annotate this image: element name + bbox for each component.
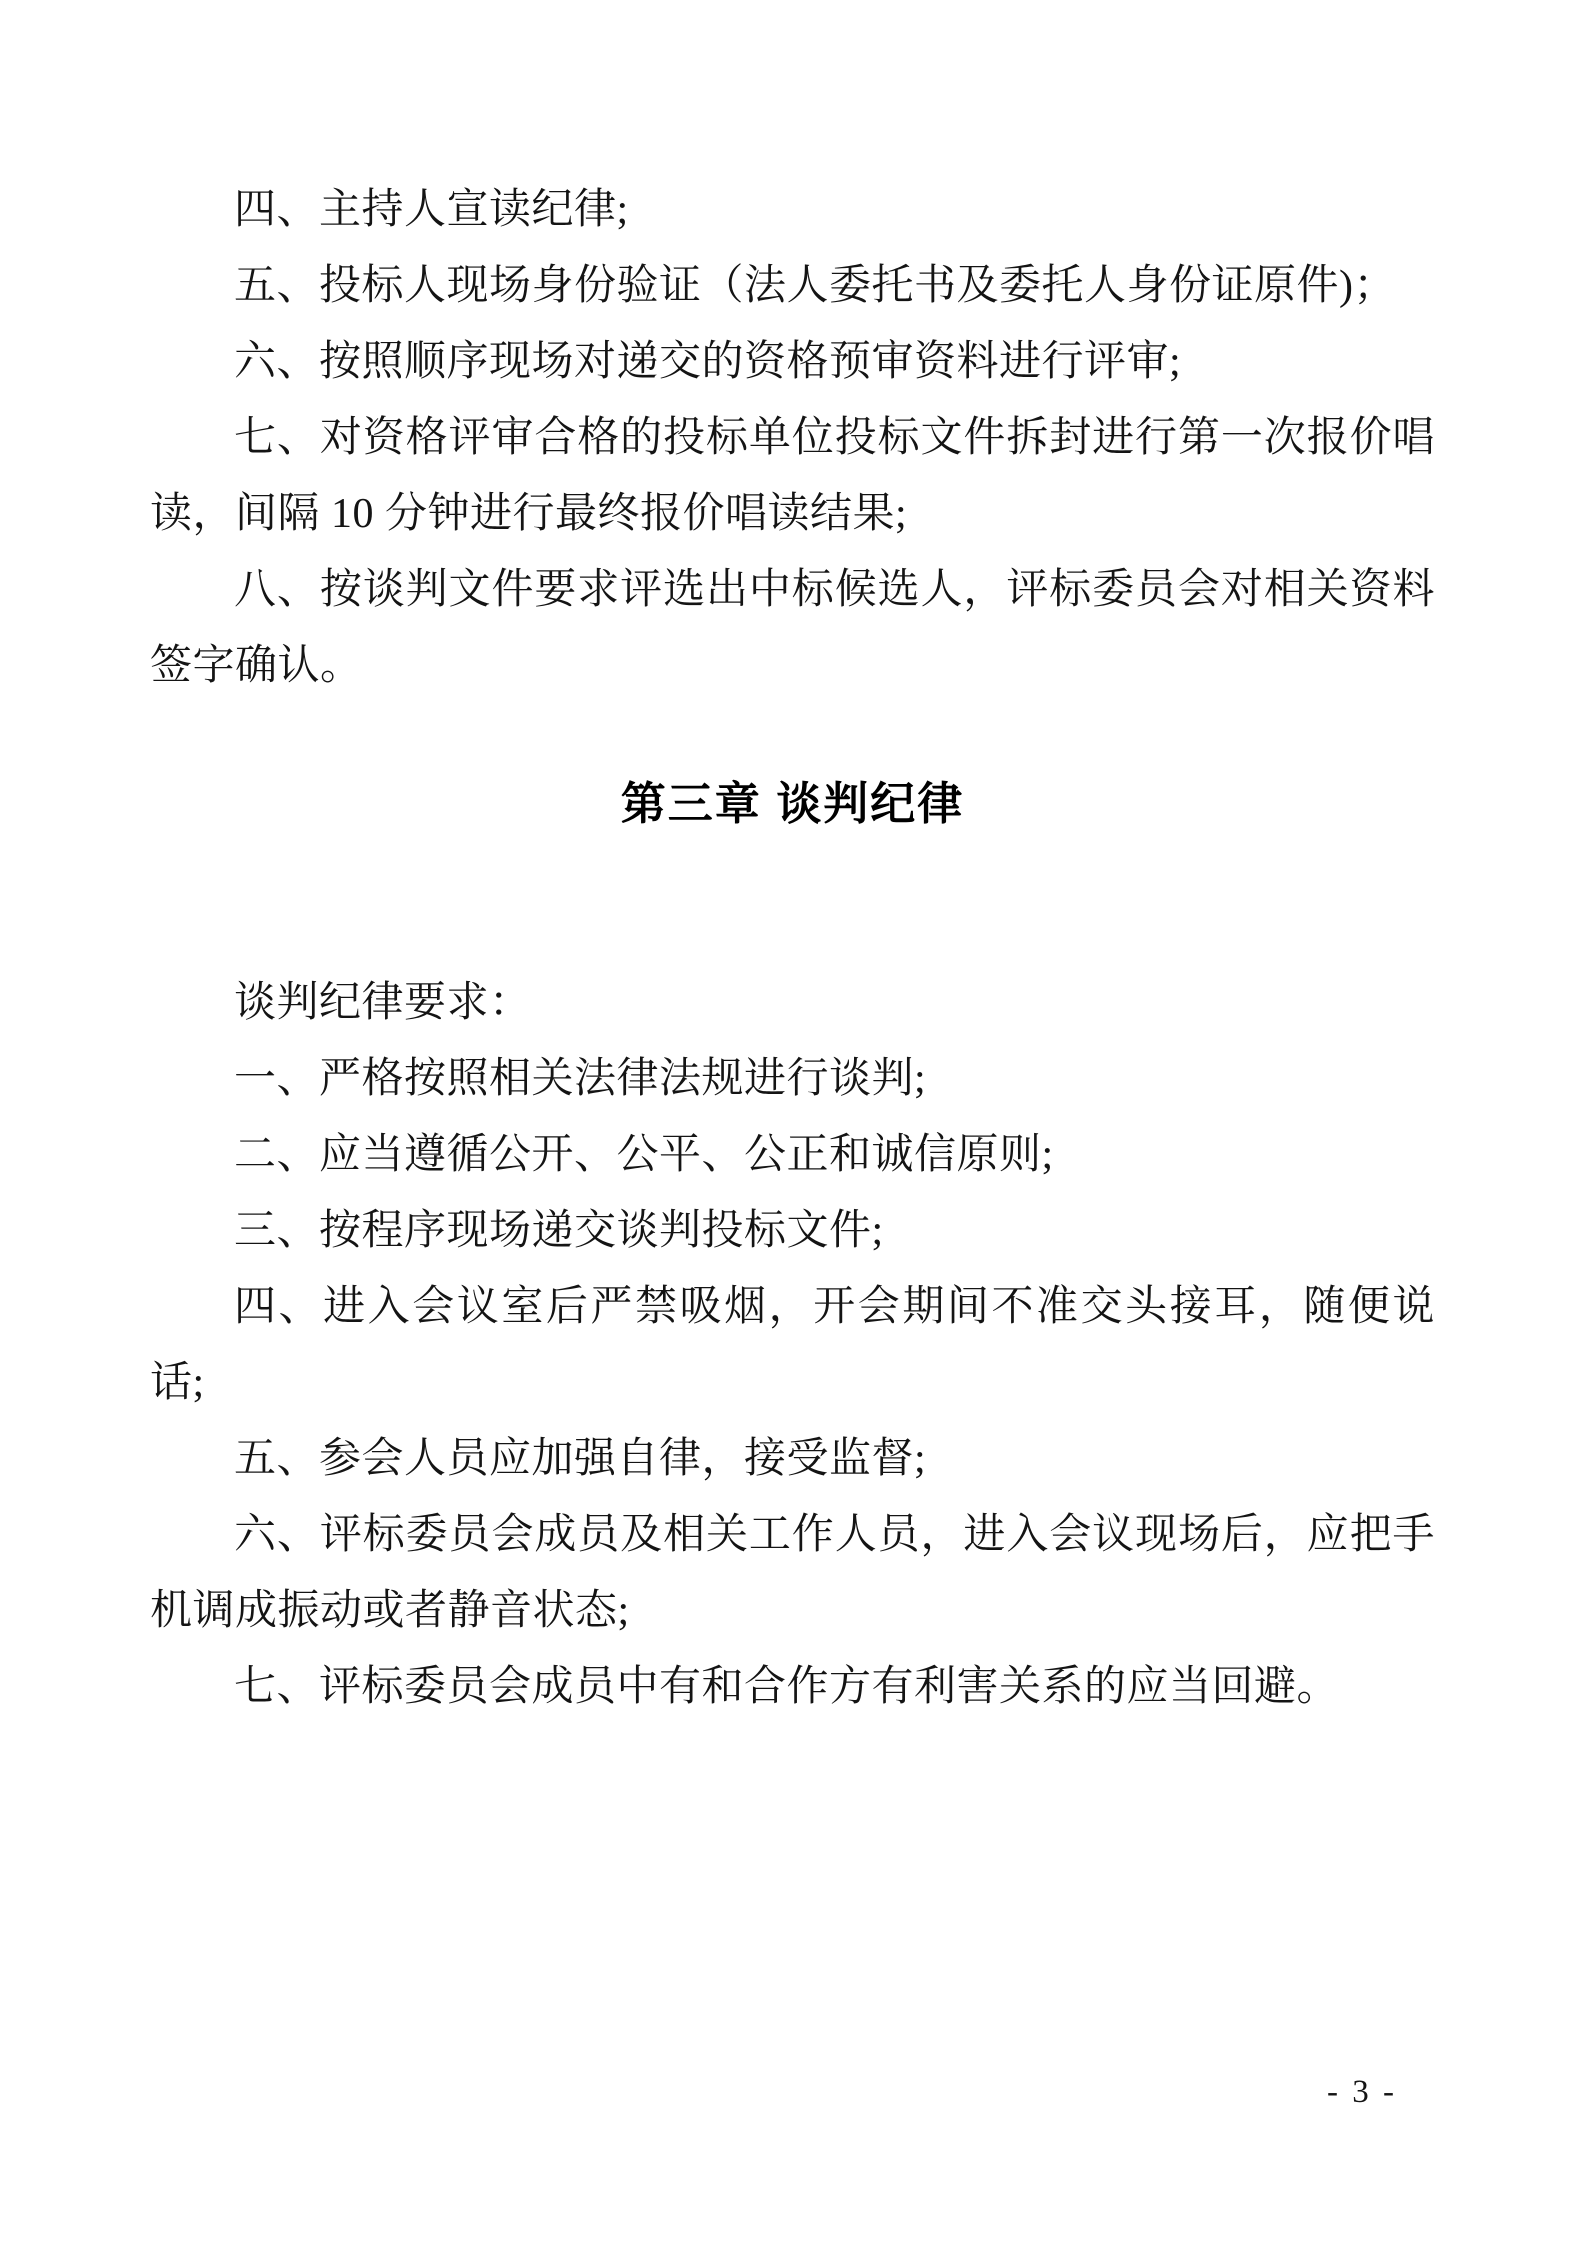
procedure-item-4: 四、主持人宣读纪律;	[150, 172, 1435, 248]
procedure-item-5: 五、投标人现场身份验证（法人委托书及委托人身份证原件)；	[150, 248, 1435, 324]
discipline-item-6: 六、评标委员会成员及相关工作人员，进入会议现场后，应把手机调成振动或者静音状态;	[150, 1497, 1435, 1649]
document-body: 四、主持人宣读纪律; 五、投标人现场身份验证（法人委托书及委托人身份证原件)； …	[150, 172, 1435, 1725]
discipline-item-7: 七、评标委员会成员中有和合作方有利害关系的应当回避。	[150, 1649, 1435, 1725]
discipline-item-5: 五、参会人员应加强自律，接受监督;	[150, 1421, 1435, 1497]
discipline-intro: 谈判纪律要求：	[150, 965, 1435, 1041]
document-page: 四、主持人宣读纪律; 五、投标人现场身份验证（法人委托书及委托人身份证原件)； …	[0, 0, 1587, 2245]
page-number: - 3 -	[1327, 2072, 1397, 2112]
discipline-item-2: 二、应当遵循公开、公平、公正和诚信原则;	[150, 1117, 1435, 1193]
discipline-item-3: 三、按程序现场递交谈判投标文件;	[150, 1193, 1435, 1269]
discipline-item-4: 四、进入会议室后严禁吸烟，开会期间不准交头接耳，随便说话;	[150, 1269, 1435, 1421]
procedure-item-8: 八、按谈判文件要求评选出中标候选人，评标委员会对相关资料签字确认。	[150, 552, 1435, 704]
discipline-item-1: 一、严格按照相关法律法规进行谈判;	[150, 1041, 1435, 1117]
procedure-item-7: 七、对资格评审合格的投标单位投标文件拆封进行第一次报价唱读，间隔 10 分钟进行…	[150, 400, 1435, 552]
procedure-item-6: 六、按照顺序现场对递交的资格预审资料进行评审;	[150, 324, 1435, 400]
chapter-heading: 第三章 谈判纪律	[150, 756, 1435, 852]
